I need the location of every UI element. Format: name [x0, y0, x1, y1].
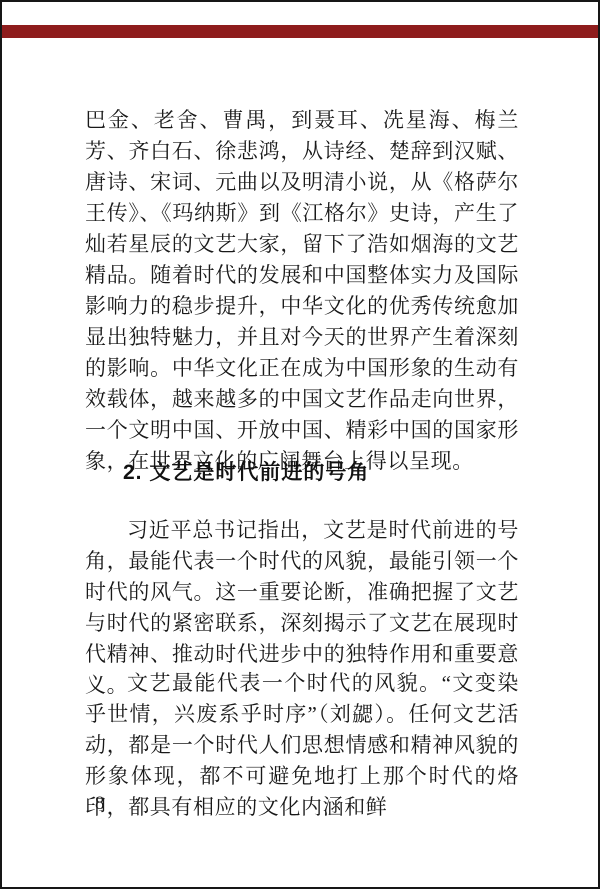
paragraph-continuation: 巴金、老舍、曹禺，到聂耳、冼星海、梅兰芳、齐白石、徐悲鸿，从诗经、楚辞到汉赋、唐… [85, 105, 519, 477]
top-red-bar [2, 25, 598, 38]
paragraph: 文艺最能代表一个时代的风貌。“文变染乎世情，兴废系乎时序”（刘勰）。任何文艺活动… [85, 668, 519, 823]
page-number: 8 [95, 793, 105, 815]
lead-sentence-kaiti: 文艺最能代表一个时代的风貌。 [127, 671, 442, 695]
book-page: 巴金、老舍、曹禺，到聂耳、冼星海、梅兰芳、齐白石、徐悲鸿，从诗经、楚辞到汉赋、唐… [0, 0, 600, 889]
section-heading: 2. 文艺是时代前进的号角 [85, 457, 519, 488]
